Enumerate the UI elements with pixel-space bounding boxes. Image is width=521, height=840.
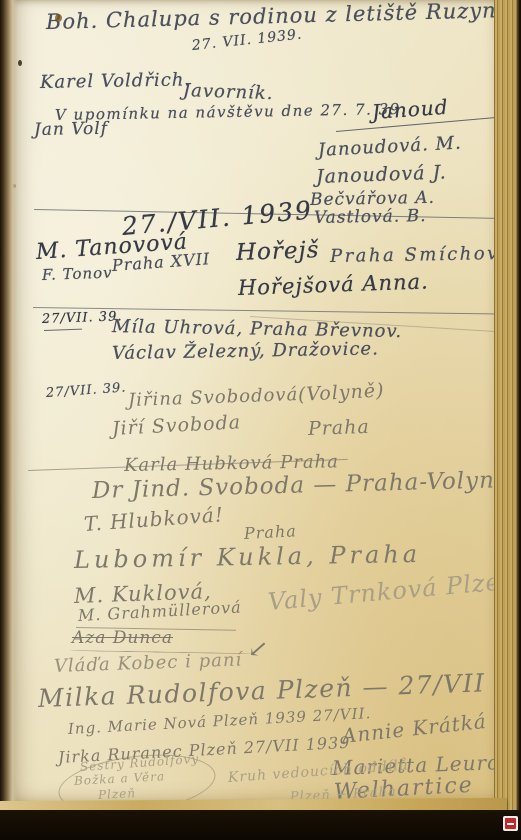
arrow-mark: ↙	[247, 634, 270, 663]
foxing-spot	[55, 14, 62, 22]
red-watermark-icon[interactable]	[503, 816, 518, 831]
book-binding-edge	[0, 0, 18, 810]
signature-entry: Hořejš	[236, 237, 320, 266]
foxing-spot	[18, 60, 22, 66]
signature-entry: F. Tonov	[42, 264, 113, 284]
signature-entry: (Volyně)	[297, 379, 385, 405]
page-stack-edge	[494, 0, 521, 812]
signature-entry: Karel Voldřich.	[40, 69, 191, 93]
signature-entry: Praha	[308, 416, 370, 440]
signature-entry: Praha	[244, 521, 298, 543]
signature-entry: Jan Volf	[34, 119, 108, 140]
date-entry: 27/VII. 39.	[42, 309, 123, 327]
red-watermark-inner	[505, 818, 516, 829]
signature-entry: Praha Smíchov	[330, 243, 500, 267]
crossed-out-signature: Aza Dunca	[72, 628, 173, 648]
book-bottom-edge	[0, 810, 521, 840]
signature-entry: Javorník.	[183, 80, 274, 104]
scanned-guestbook-page: { "document": { "type": "scanned handwri…	[0, 0, 521, 840]
signature-entry: Janoudová J.	[316, 161, 447, 188]
